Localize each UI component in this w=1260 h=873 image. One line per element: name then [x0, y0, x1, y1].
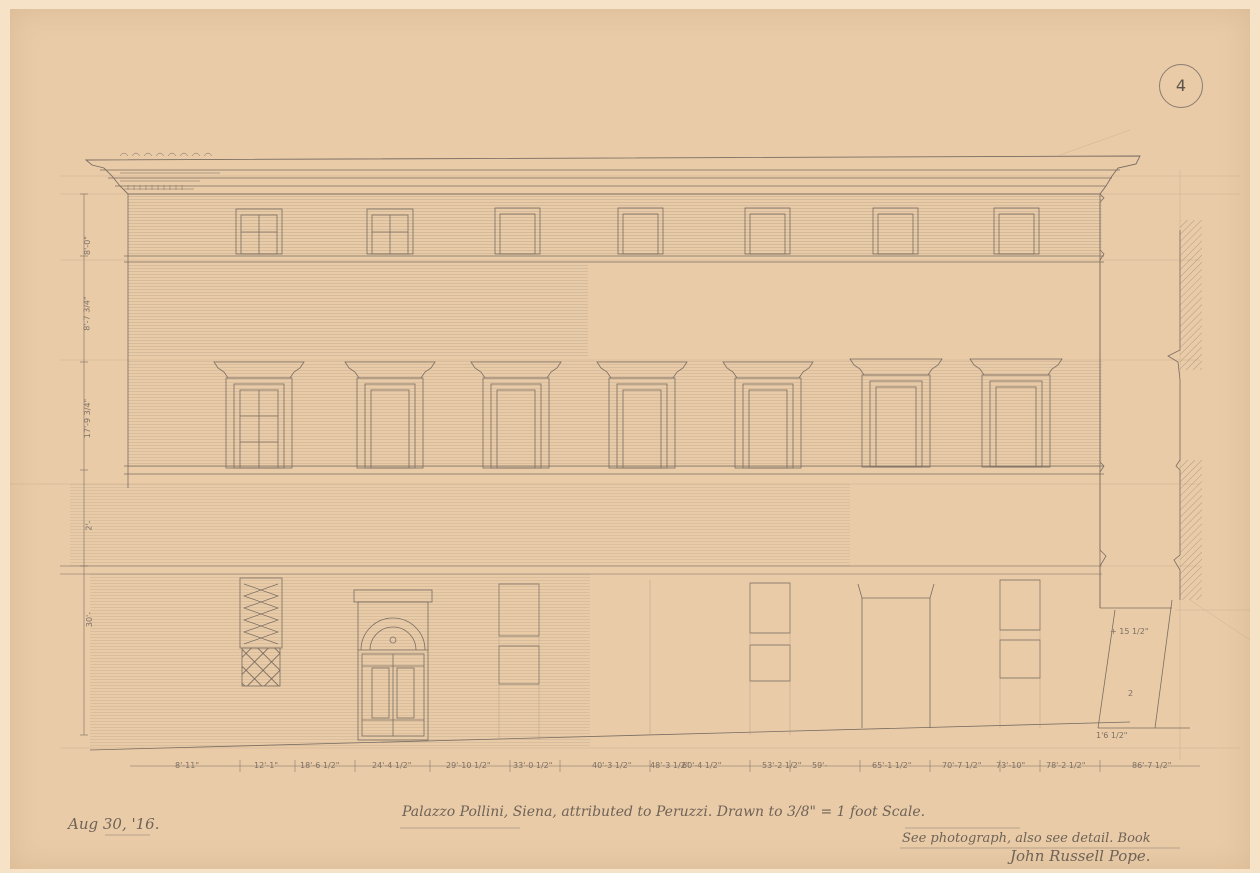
- sheet-number-badge: 4: [1159, 64, 1203, 108]
- dimension-label: 78'-2 1/2": [1046, 761, 1085, 770]
- drawing-note: See photograph, also see detail. Book: [902, 831, 1151, 846]
- date-annotation: Aug 30, '16.: [68, 815, 159, 833]
- dimension-frieze: 8'-7 3/4": [83, 296, 92, 330]
- section-note: 2: [1128, 689, 1133, 698]
- dimension-ground-floor: 30'-: [85, 612, 94, 627]
- drawing-sheet: 4 8'-0" 8'-7 3/4" 17'-9 3/4" 2'- 30'- 8'…: [10, 9, 1250, 869]
- dimension-label: 65'-1 1/2": [872, 761, 911, 770]
- dimension-attic: 8'-0": [83, 236, 92, 255]
- dimension-label: 24'-4 1/2": [372, 761, 411, 770]
- side-section: [1098, 194, 1202, 728]
- dimension-label: 59'-: [812, 761, 827, 770]
- dimension-string-course: 2'-: [85, 520, 94, 530]
- dimension-label: 70'-7 1/2": [942, 761, 981, 770]
- dimension-label: 53'-2 1/2": [762, 761, 801, 770]
- dimension-label: 60'-4 1/2": [682, 761, 721, 770]
- section-note: 1'6 1/2": [1096, 731, 1127, 740]
- dimension-label: 73'-10": [996, 761, 1025, 770]
- dimension-label: 33'-0 1/2": [513, 761, 552, 770]
- facade-elevation-drawing: [10, 9, 1250, 869]
- drawing-title: Palazzo Pollini, Siena, attributed to Pe…: [402, 804, 925, 820]
- dimension-label: 29'-10 1/2": [446, 761, 491, 770]
- dimension-label: 40'-3 1/2": [592, 761, 631, 770]
- architect-signature: John Russell Pope.: [1010, 847, 1151, 865]
- dimension-piano-nobile: 17'-9 3/4": [83, 399, 92, 438]
- dimension-label: 86'-7 1/2": [1132, 761, 1171, 770]
- section-note: + 15 1/2": [1110, 627, 1149, 636]
- dimension-label: 8'-11": [175, 761, 199, 770]
- dimension-label: 18'-6 1/2": [300, 761, 339, 770]
- dimension-label: 12'-1": [254, 761, 278, 770]
